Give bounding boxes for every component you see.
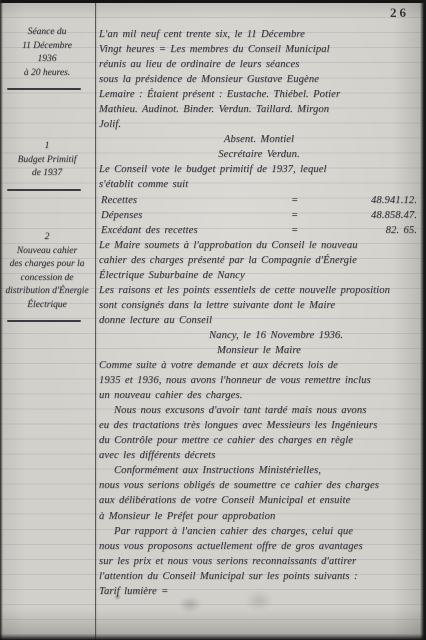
body-line: nous vous serions obligés de soumettre c… <box>99 478 419 493</box>
body-line: sous la présidence de Monsieur Gustave E… <box>99 72 419 87</box>
body-line: sont consignés dans la lettre suivante d… <box>99 298 419 313</box>
body-line: sur les prix et nous vous serions reconn… <box>99 554 419 569</box>
margin-note-line: à 20 heures. <box>2 67 92 81</box>
margin-note-line: des charges pour la <box>2 258 92 272</box>
margin-note-line: concession de <box>2 272 92 286</box>
body-line: réunis au lieu de ordinaire de leurs séa… <box>99 57 419 72</box>
body-line: Vingt heures = Les membres du Conseil Mu… <box>99 42 419 57</box>
budget-row: Dépenses=48.858.47. <box>99 208 419 223</box>
body-line: 1935 et 1936, nous avons l'honneur de vo… <box>99 373 419 388</box>
body-line: nous vous proposons actuellement offre d… <box>99 539 419 554</box>
body-line: L'an mil neuf cent trente six, le 11 Déc… <box>99 27 419 42</box>
margin-note-line: Séance du <box>2 26 92 40</box>
body-line: cahier des charges présenté par la Compa… <box>99 253 419 268</box>
body-line: Tarif lumière = <box>99 584 419 599</box>
margin-underline <box>7 320 81 322</box>
body-line: Secrétaire Verdun. <box>99 147 419 162</box>
body-line: aux délibérations de votre Conseil Munic… <box>99 493 419 508</box>
margin-rule-line <box>95 0 96 640</box>
margin-note-line: 1 <box>2 140 92 154</box>
equals-sign: = <box>291 223 298 238</box>
margin-note-line: 11 Décembre <box>2 40 92 54</box>
margin-underline <box>7 189 81 191</box>
margin-note-line: 1936 <box>2 53 92 67</box>
body-line: un nouveau cahier des charges. <box>99 388 419 403</box>
budget-row: Recettes=48.941.12. <box>99 193 419 208</box>
body-line: Conformément aux Instructions Ministérie… <box>99 463 419 478</box>
margin-underline <box>7 88 81 90</box>
body-text: L'an mil neuf cent trente six, le 11 Déc… <box>99 27 419 599</box>
body-line: Jolif. <box>99 117 419 132</box>
margin-note-line: distribution d'Énergie <box>2 285 92 299</box>
body-line: avec les différents décrets <box>99 448 419 463</box>
budget-row: Excédant des recettes=82. 65. <box>99 223 419 238</box>
margin-note: Séance du11 Décembre1936à 20 heures. <box>2 26 92 90</box>
budget-row-value: 48.858.47. <box>303 208 417 223</box>
body-line: du Contrôle pour mettre ce cahier des ch… <box>99 433 419 448</box>
margin-note-line: Électrique <box>2 299 92 313</box>
margin-note-line: de 1937 <box>2 167 92 181</box>
margin-note: 2Nouveau cahierdes charges pour laconces… <box>2 231 92 322</box>
budget-row-value: 48.941.12. <box>303 193 417 208</box>
margin-note: 1Budget Primitifde 1937 <box>2 140 92 191</box>
body-line: l'attention du Conseil Municipal sur les… <box>99 569 419 584</box>
budget-row-value: 82. 65. <box>303 223 417 238</box>
body-line: Monsieur le Maire <box>99 343 419 358</box>
margin-note-line: Nouveau cahier <box>2 245 92 259</box>
body-line: donne lecture au Conseil <box>99 313 419 328</box>
body-line: Les raisons et les points essentiels de … <box>99 283 419 298</box>
body-line: Comme suite à votre demande et aux décre… <box>99 358 419 373</box>
budget-row-label: Recettes <box>99 195 137 206</box>
budget-row-label: Dépenses <box>99 210 142 221</box>
register-page: 26 Séance du11 Décembre1936à 20 heures.1… <box>0 0 426 640</box>
body-line: Absent. Montiel <box>99 132 419 147</box>
budget-row-label: Excédant des recettes <box>99 225 198 236</box>
body-line: Le Maire soumets à l'approbation du Cons… <box>99 238 419 253</box>
body-line: Mathieu. Audinot. Binder. Verdun. Tailla… <box>99 102 419 117</box>
page-number: 26 <box>390 5 409 21</box>
body-line: eu des tractations très longues avec Mes… <box>99 418 419 433</box>
body-line: Nous nous excusons d'avoir tant tardé ma… <box>99 403 419 418</box>
margin-note-line: Budget Primitif <box>2 154 92 168</box>
margin-column: Séance du11 Décembre1936à 20 heures.1Bud… <box>0 0 94 640</box>
body-line: Par rapport à l'ancien cahier des charge… <box>99 524 419 539</box>
body-line: Nancy, le 16 Novembre 1936. <box>99 328 419 343</box>
equals-sign: = <box>291 193 298 208</box>
margin-note-line: 2 <box>2 231 92 245</box>
body-line: à Monsieur le Préfet pour approbation <box>99 509 419 524</box>
equals-sign: = <box>291 208 298 223</box>
body-line: Le Conseil vote le budget primitif de 19… <box>99 162 419 177</box>
body-line: Électrique Suburbaine de Nancy <box>99 268 419 283</box>
body-line: s'établit comme suit <box>99 177 419 192</box>
scan-edge-right <box>420 0 426 640</box>
body-line: Lemaire : Étaient présent : Eustache. Th… <box>99 87 419 102</box>
